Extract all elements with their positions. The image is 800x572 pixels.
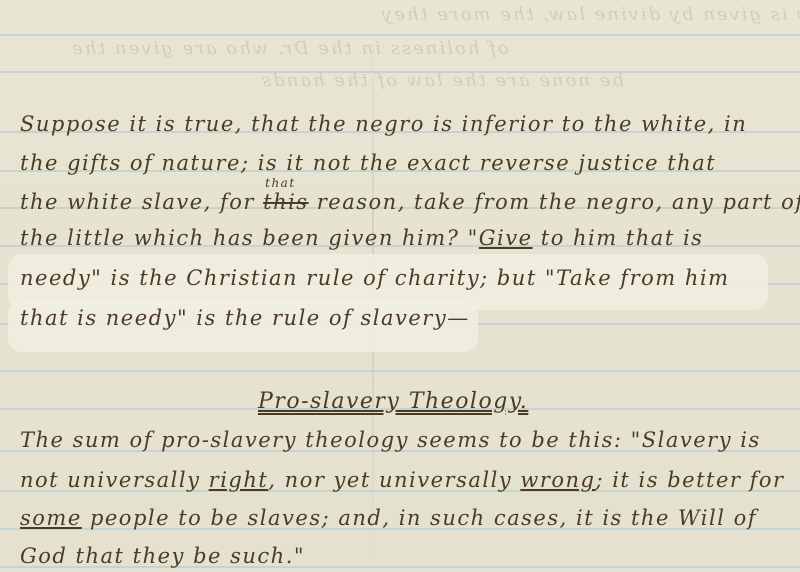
bleed-through-text: Then slavery is given by divine law, the… [380, 4, 800, 25]
struck-text: this [263, 190, 308, 214]
text-fragment: the white slave, for [20, 190, 263, 214]
paragraph1-line5: needy" is the Christian rule of charity;… [20, 266, 730, 290]
ruled-line [0, 370, 800, 372]
text-fragment: ; it is better for [595, 468, 784, 492]
manuscript-page: Then slavery is given by divine law, the… [0, 0, 800, 572]
struck-word: thisthat [263, 190, 308, 214]
underlined-word: right [209, 468, 269, 492]
text-fragment: reason, take from the negro, any part of [309, 190, 800, 214]
underlined-word: wrong [520, 468, 595, 492]
interlinear-insertion: that [265, 176, 296, 190]
underlined-word: some [20, 506, 82, 530]
paragraph2-line1: The sum of pro-slavery theology seems to… [20, 428, 761, 452]
paragraph2-line4: God that they be such." [20, 544, 305, 568]
paragraph1-line2: the gifts of nature; is it not the exact… [20, 151, 716, 175]
section-heading: Pro-slavery Theology. [258, 389, 528, 414]
paragraph1-line6: that is needy" is the rule of slavery— [20, 306, 470, 330]
underlined-word: Give [479, 226, 533, 250]
ruled-line [0, 34, 800, 36]
paragraph2-line3: some people to be slaves; and, in such c… [20, 506, 757, 530]
text-fragment: , nor yet universally [268, 468, 520, 492]
paragraph1-line4: the little which has been given him? "Gi… [20, 226, 703, 250]
text-fragment: the little which has been given him? " [20, 226, 479, 250]
text-fragment: people to be slaves; and, in such cases,… [82, 506, 757, 530]
bleed-through-text: be none are the law of the hands [260, 70, 624, 91]
bleed-through-text: of holiness in the Dr. who are given the [70, 38, 509, 59]
paragraph1-line1: Suppose it is true, that the negro is in… [20, 112, 747, 136]
text-fragment: to him that is [533, 226, 704, 250]
paragraph2-line2: not universally right, nor yet universal… [20, 468, 785, 492]
text-fragment: not universally [20, 468, 209, 492]
paragraph1-line3: the white slave, for thisthat reason, ta… [20, 190, 800, 214]
